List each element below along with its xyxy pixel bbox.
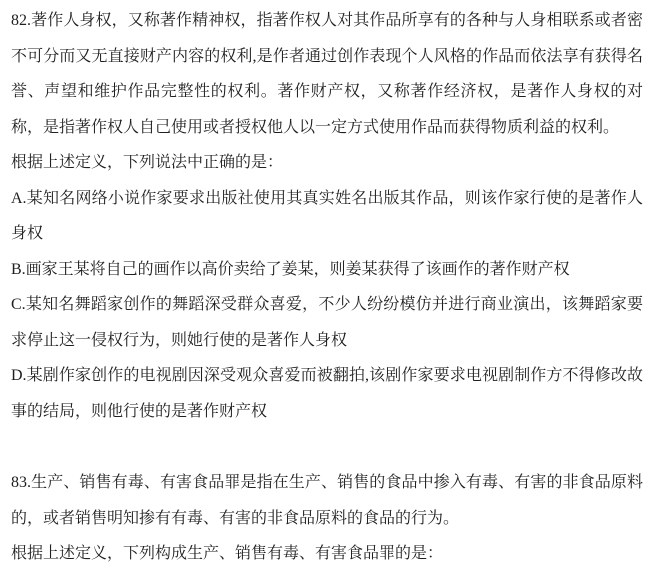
question-83-stem: 83.生产、销售有毒、有害食品罪是指在生产、销售的食品中掺入有毒、有害的非食品原… xyxy=(11,465,643,536)
question-82: 82.著作人身权，又称著作精神权，指著作权人对其作品所享有的各种与人身相联系或者… xyxy=(11,3,643,429)
question-82-prompt: 根据上述定义，下列说法中正确的是： xyxy=(11,145,643,181)
question-82-option-b: B.画家王某将自己的画作以高价卖给了姜某，则姜某获得了该画作的著作财产权 xyxy=(11,252,643,288)
question-82-option-a: A.某知名网络小说作家要求出版社使用其真实姓名出版其作品，则该作家行使的是著作人… xyxy=(11,181,643,252)
question-83: 83.生产、销售有毒、有害食品罪是指在生产、销售的食品中掺入有毒、有害的非食品原… xyxy=(11,465,643,572)
exam-document-page: 82.著作人身权，又称著作精神权，指著作权人对其作品所享有的各种与人身相联系或者… xyxy=(0,0,655,580)
question-82-stem: 82.著作人身权，又称著作精神权，指著作权人对其作品所享有的各种与人身相联系或者… xyxy=(11,3,643,145)
question-83-prompt: 根据上述定义，下列构成生产、销售有毒、有害食品罪的是： xyxy=(11,536,643,572)
question-82-option-c: C.某知名舞蹈家创作的舞蹈深受群众喜爱，不少人纷纷模仿并进行商业演出，该舞蹈家要… xyxy=(11,287,643,358)
question-82-option-d: D.某剧作家创作的电视剧因深受观众喜爱而被翻拍,该剧作家要求电视剧制作方不得修改… xyxy=(11,358,643,429)
